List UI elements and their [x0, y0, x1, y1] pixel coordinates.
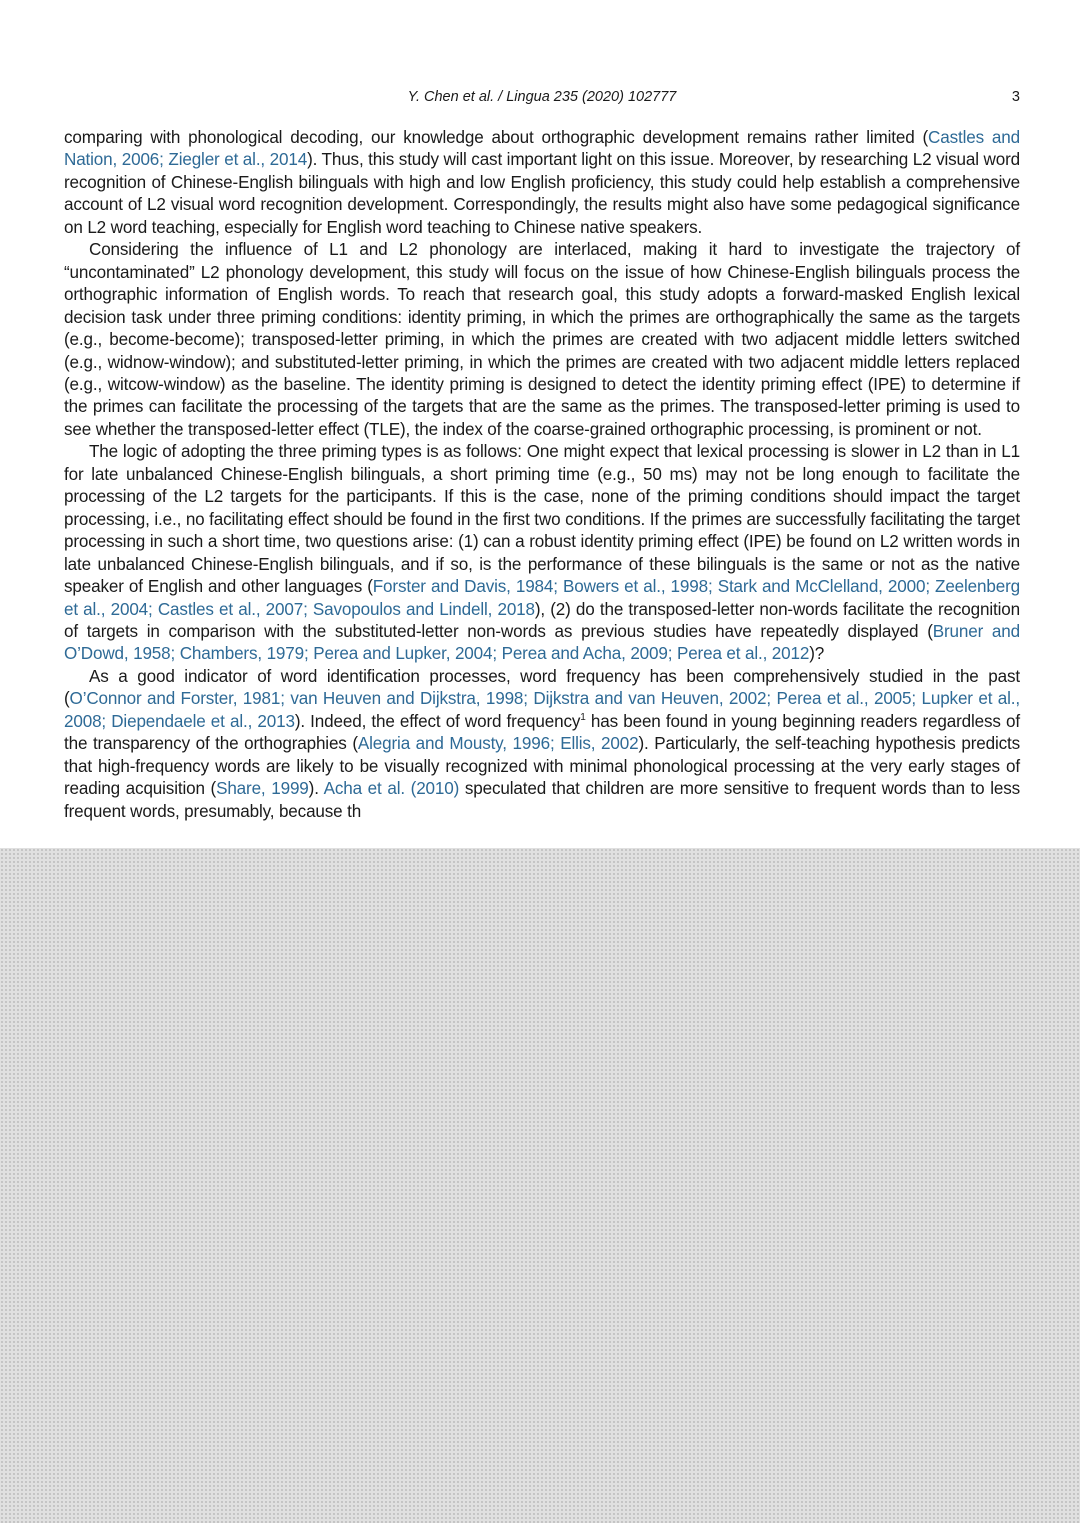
paragraph-text: ).: [309, 779, 324, 798]
page-number: 3: [1012, 89, 1020, 105]
running-title: Y. Chen et al. / Lingua 235 (2020) 10277…: [64, 89, 1020, 105]
citation-link[interactable]: Share, 1999: [216, 779, 309, 798]
paragraph: Considering the influence of L1 and L2 p…: [64, 239, 1020, 441]
paragraph-text: ). Indeed, the effect of word frequency: [295, 712, 580, 731]
article-body: comparing with phonological decoding, ou…: [64, 127, 1020, 823]
paragraph-text: Considering the influence of L1 and L2 p…: [64, 240, 1020, 439]
citation-link[interactable]: Acha et al. (2010): [324, 779, 460, 798]
paragraph-text: comparing with phonological decoding, ou…: [64, 128, 928, 147]
paragraph: comparing with phonological decoding, ou…: [64, 127, 1020, 239]
running-header: Y. Chen et al. / Lingua 235 (2020) 10277…: [64, 89, 1020, 111]
paragraph-text: The logic of adopting the three priming …: [64, 442, 1020, 596]
paragraph-text: )?: [809, 644, 824, 663]
unrendered-region-overlay: [0, 848, 1080, 1523]
paragraph: The logic of adopting the three priming …: [64, 441, 1020, 666]
citation-link[interactable]: Alegria and Mousty, 1996; Ellis, 2002: [358, 734, 639, 753]
paragraph: As a good indicator of word identificati…: [64, 666, 1020, 823]
